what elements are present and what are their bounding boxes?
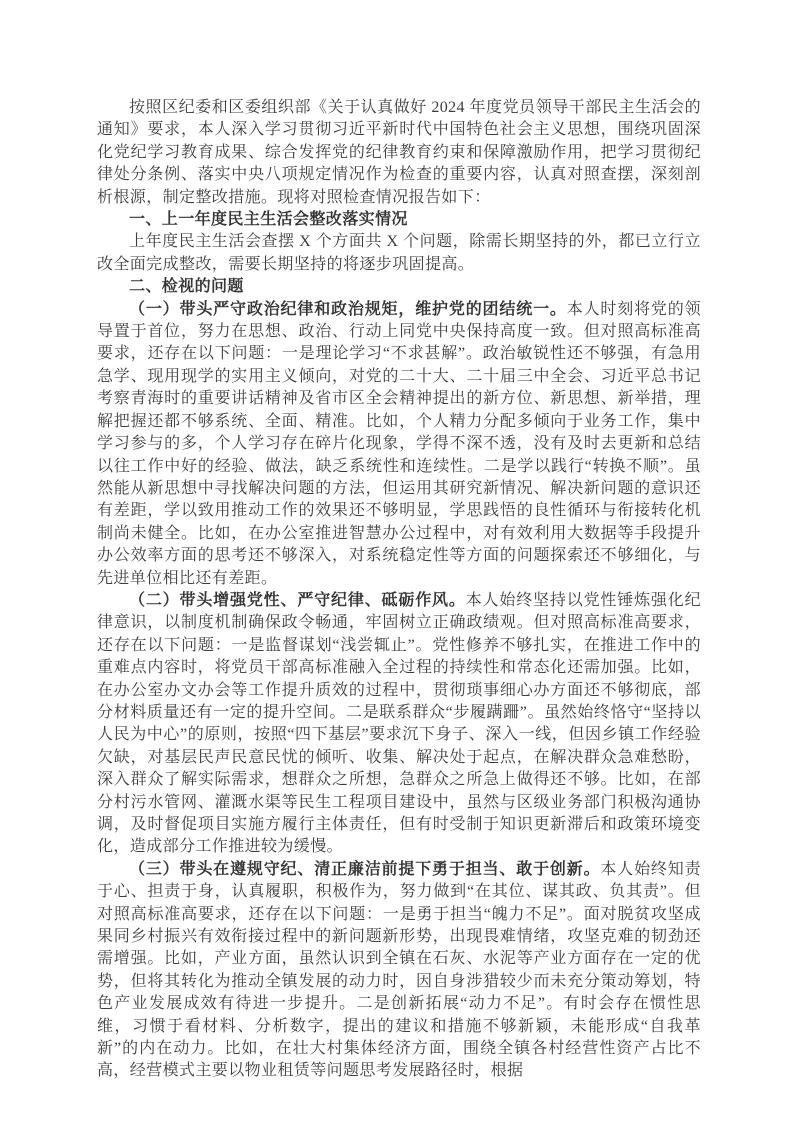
document-body: 按照区纪委和区委组织部《关于认真做好 2024 年度党员领导干部民主生活会的通知… [97,97,701,1083]
section-heading: 二、检视的问题 [97,276,701,298]
section-heading: 一、上一年度民主生活会整改落实情况 [97,209,701,231]
paragraph: （二）带头增强党性、严守纪律、砥砺作风。本人始终坚持以党性锤炼强化纪律意识，以制… [97,590,701,859]
paragraph-text: 本人始终坚持以党性锤炼强化纪律意识，以制度机制确保政令畅通，牢固树立正确政绩观。… [97,592,701,855]
paragraph: （一）带头严守政治纪律和政治规矩，维护党的团结统一。本人时刻将党的领导置于首位，… [97,299,701,590]
paragraph: （三）带头在遵规守纪、清正廉洁前提下勇于担当、敢于创新。本人始终知责于心、担责于… [97,859,701,1083]
paragraph-text: 上年度民主生活会查摆 X 个方面共 X 个问题，除需长期坚持的外，都已立行立改全… [97,233,701,272]
paragraph-lead: （三）带头在遵规守纪、清正廉洁前提下勇于担当、敢于创新。 [129,861,600,878]
paragraph-lead: （二）带头增强党性、严守纪律、砥砺作风。 [129,592,466,609]
paragraph-text: 本人始终知责于心、担责于身，认真履职，积极作为，努力做到“在其位、谋其政、负其责… [97,861,701,1080]
paragraph-text: 本人时刻将党的领导置于首位，努力在思想、政治、行动上同党中央保持高度一致。但对照… [97,301,701,587]
paragraph-text: 按照区纪委和区委组织部《关于认真做好 2024 年度党员领导干部民主生活会的通知… [97,99,701,206]
paragraph: 上年度民主生活会查摆 X 个方面共 X 个问题，除需长期坚持的外，都已立行立改全… [97,231,701,276]
paragraph-lead: （一）带头严守政治纪律和政治规矩，维护党的团结统一。 [129,301,567,318]
document-page: 按照区纪委和区委组织部《关于认真做好 2024 年度党员领导干部民主生活会的通知… [0,0,793,1122]
paragraph: 按照区纪委和区委组织部《关于认真做好 2024 年度党员领导干部民主生活会的通知… [97,97,701,209]
